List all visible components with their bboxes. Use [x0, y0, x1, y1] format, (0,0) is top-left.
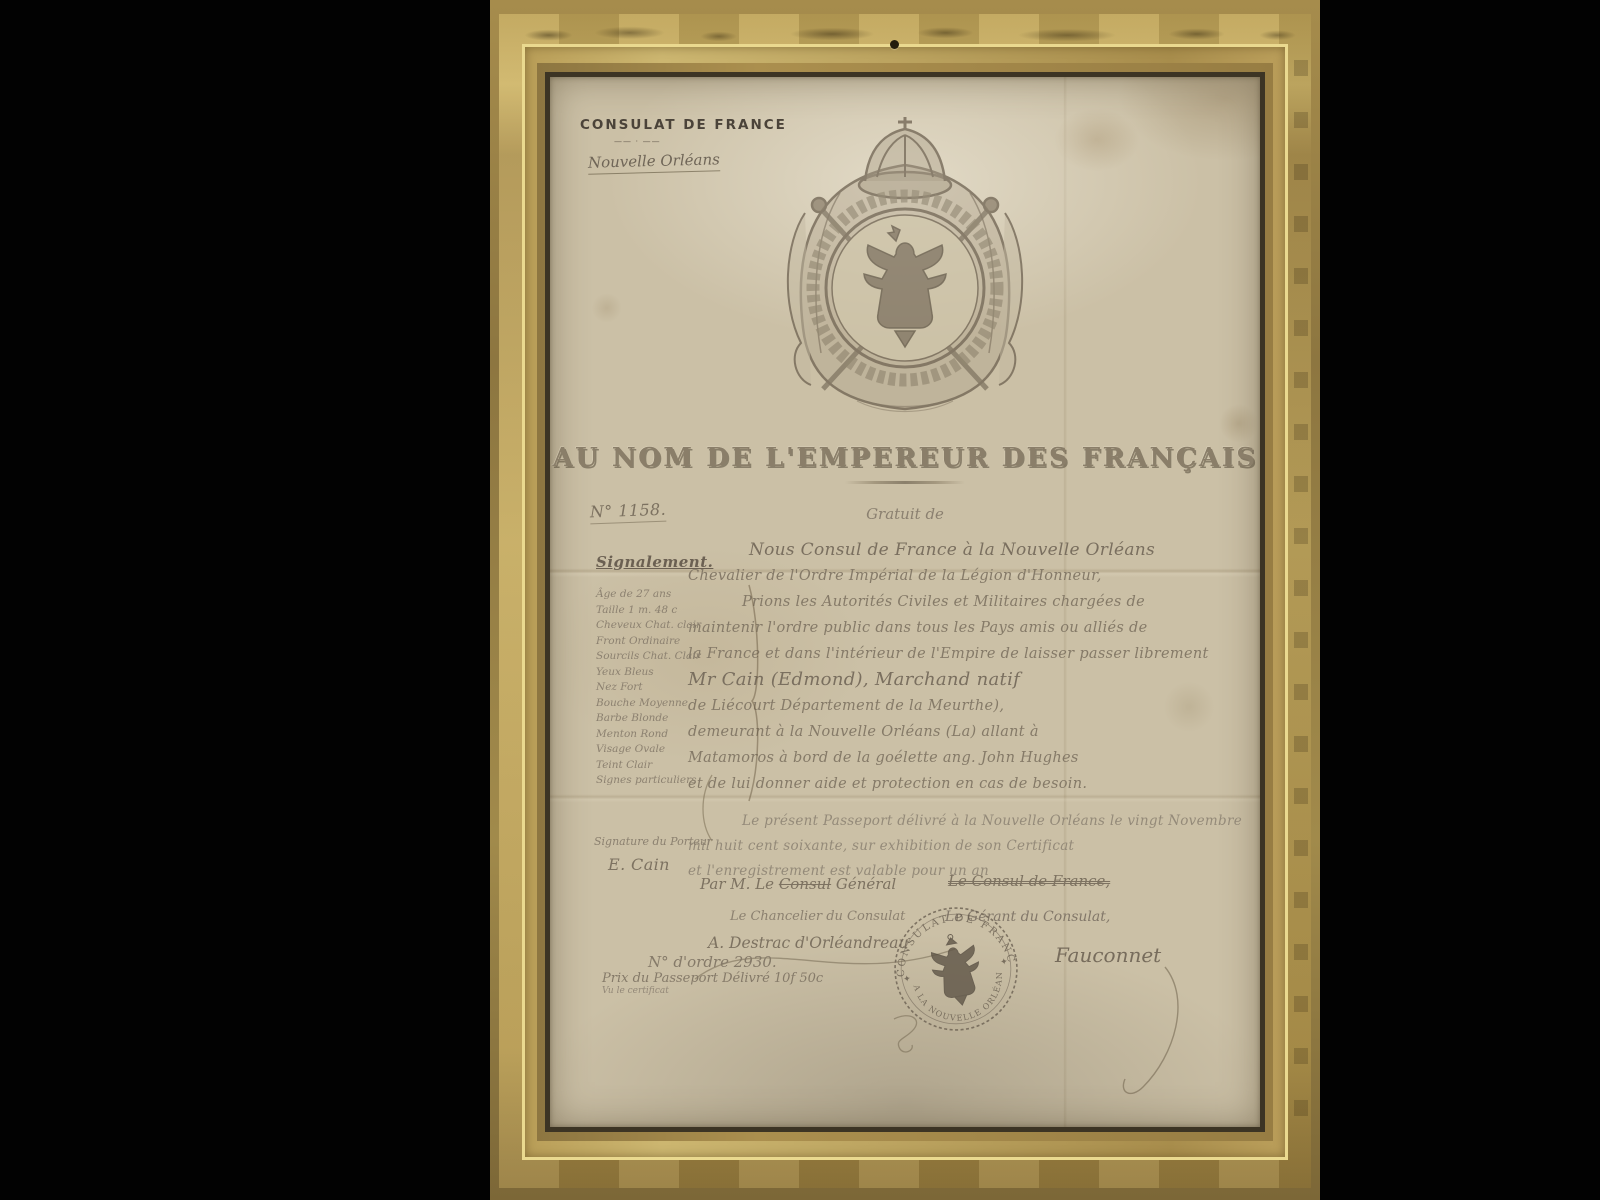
passport-body: Nous Consul de France à la Nouvelle Orlé…: [688, 537, 1216, 884]
frame-outer-band: CONSULAT DE FRANCE —— · —— Nouvelle Orlé…: [490, 0, 1320, 1200]
body-line: Matamoros à bord de la goélette ang. Joh…: [688, 745, 1216, 771]
photo-background: CONSULAT DE FRANCE —— · —— Nouvelle Orlé…: [0, 0, 1600, 1200]
signalement-item: Taille 1 m. 48 c: [596, 603, 746, 619]
imperial-coat-of-arms: [745, 93, 1065, 423]
registry-note: Vu le certificat: [602, 986, 823, 996]
signature-flourish: [1105, 965, 1195, 1115]
decorative-squiggle: [886, 1009, 926, 1055]
par-struck-word: Consul: [779, 875, 831, 893]
frame-inner-slope: CONSULAT DE FRANCE —— · —— Nouvelle Orlé…: [537, 63, 1273, 1141]
par-pre: Par M. Le: [700, 875, 779, 893]
frame-rabbet-shadow: CONSULAT DE FRANCE —— · —— Nouvelle Orlé…: [545, 72, 1265, 1132]
porteur-flourish: [698, 773, 716, 843]
stamp-star-left: ✦: [902, 974, 912, 985]
fauconnet-signature: Fauconnet: [1055, 943, 1161, 967]
body-line: et de lui donner aide et protection en c…: [688, 771, 1216, 797]
body-line: Nous Consul de France à la Nouvelle Orlé…: [688, 537, 1216, 563]
registry-note: N° d'ordre 2930.: [602, 953, 823, 971]
signalement-heading: Signalement.: [596, 553, 713, 571]
signalement-item: Visage Ovale: [596, 742, 746, 758]
body-line: demeurant à la Nouvelle Orléans (La) all…: [688, 719, 1216, 745]
body-line: Chevalier de l'Ordre Impérial de la Légi…: [688, 563, 1216, 589]
registry-note: Prix du Passeport Délivré 10f 50c: [602, 971, 823, 986]
signalement-item: Bouche Moyenne: [596, 696, 746, 712]
signalement-item: Signes particuliers: [596, 773, 746, 789]
body-line: Prions les Autorités Civiles et Militair…: [688, 589, 1216, 615]
title-rule: [845, 481, 965, 484]
signalement-list: Âge de 27 ansTaille 1 m. 48 cCheveux Cha…: [596, 587, 746, 789]
porteur-signature: E. Cain: [608, 855, 670, 874]
body-line: la France et dans l'intérieur de l'Empir…: [688, 641, 1216, 667]
document-paper: CONSULAT DE FRANCE —— · —— Nouvelle Orlé…: [550, 77, 1260, 1127]
signalement-item: Sourcils Chat. Clair: [596, 649, 746, 665]
signalement-item: Teint Clair: [596, 758, 746, 774]
signalement-bracket: [746, 583, 762, 803]
body-line: de Liécourt Département de la Meurthe),: [688, 693, 1216, 719]
consulate-location: Nouvelle Orléans: [588, 150, 720, 174]
frame-gold-cove: CONSULAT DE FRANCE —— · —— Nouvelle Orlé…: [499, 14, 1311, 1188]
body-line: maintenir l'ordre public dans tous les P…: [688, 615, 1216, 641]
consul-title-struck: Le Consul de France,: [948, 872, 1110, 890]
signalement-item: Nez Fort: [596, 680, 746, 696]
body-line: mil huit cent soixante, sur exhibition d…: [688, 834, 1216, 859]
frame-nail-hole: [890, 40, 899, 49]
body-line: Mr Cain (Edmond), Marchand natif: [688, 667, 1216, 693]
stamp-eagle-icon: [927, 931, 985, 1010]
officials-par-line: Par M. Le Consul Général: [700, 875, 896, 893]
signalement-item: Front Ordinaire: [596, 634, 746, 650]
porteur-label: Signature du Porteur: [594, 835, 712, 848]
registry-notes: N° d'ordre 2930.Prix du Passeport Délivr…: [602, 953, 823, 996]
signalement-item: Menton Rond: [596, 727, 746, 743]
body-line: [688, 797, 1216, 809]
par-post: Général: [831, 875, 896, 893]
frame-bright-ridge: CONSULAT DE FRANCE —— · —— Nouvelle Orlé…: [522, 44, 1288, 1160]
signalement-item: Yeux Bleus: [596, 665, 746, 681]
signalement-item: Cheveux Chat. clair: [596, 618, 746, 634]
gratuit-note: Gratuit de: [550, 505, 1260, 523]
body-line: Le présent Passeport délivré à la Nouvel…: [688, 809, 1216, 834]
picture-frame: CONSULAT DE FRANCE —— · —— Nouvelle Orlé…: [490, 0, 1320, 1200]
document-title: AU NOM DE L'EMPEREUR DES FRANÇAIS: [550, 443, 1260, 473]
signalement-item: Âge de 27 ans: [596, 587, 746, 603]
signalement-item: Barbe Blonde: [596, 711, 746, 727]
